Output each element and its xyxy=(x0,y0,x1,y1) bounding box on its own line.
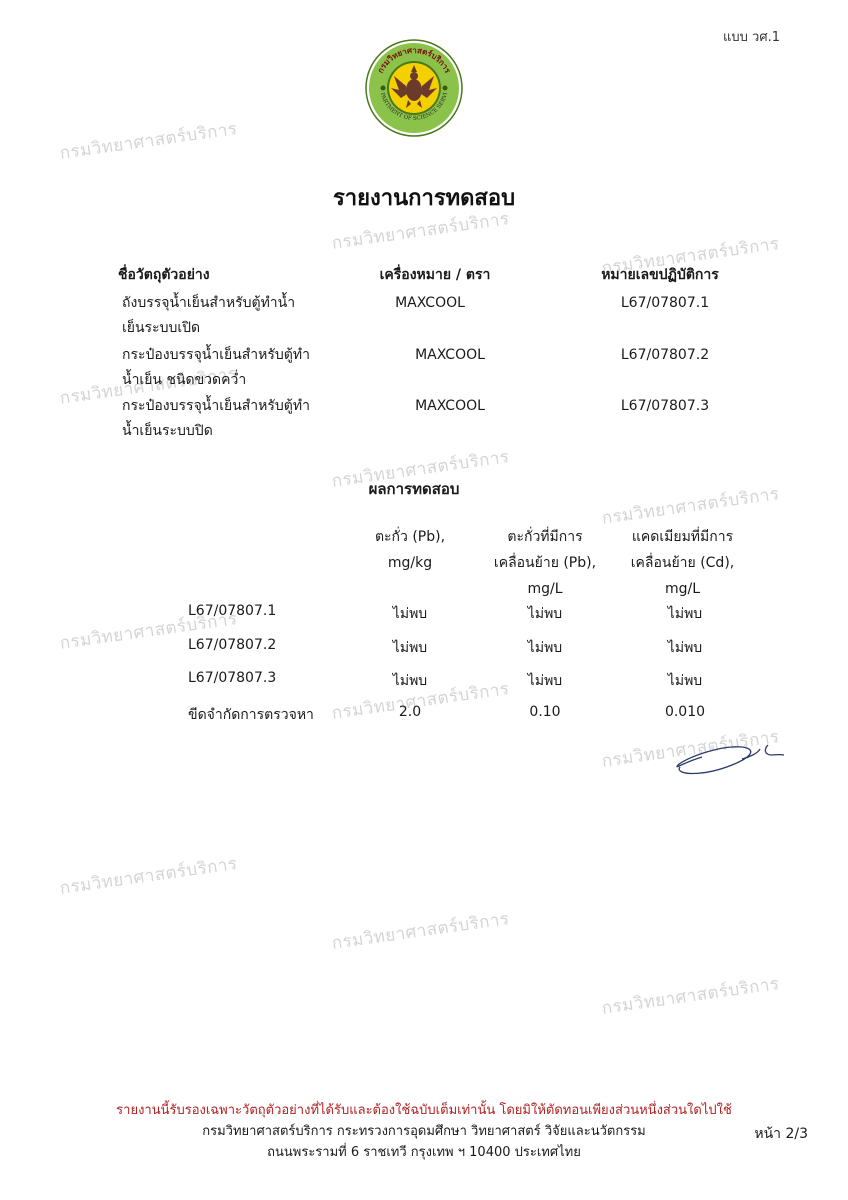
col-header-line: mg/L xyxy=(610,576,755,602)
col-header-lab-no: หมายเลขปฏิบัติการ xyxy=(570,264,750,286)
sample-lab-no: L67/07807.1 xyxy=(580,295,750,311)
results-cell: ไม่พบ xyxy=(485,637,605,659)
sample-name-line: น้ำเย็นระบบปิด xyxy=(122,419,362,444)
results-col-header-cd-migration: แคดเมียมที่มีการ เคลื่อนย้าย (Cd), mg/L xyxy=(610,524,755,602)
results-cell: ไม่พบ xyxy=(350,603,470,625)
organization-line: กรมวิทยาศาสตร์บริการ กระทรวงการอุดมศึกษา… xyxy=(0,1120,848,1141)
disclaimer-text: รายงานนี้รับรองเฉพาะวัตถุตัวอย่างที่ได้ร… xyxy=(0,1099,848,1120)
address-line: ถนนพระรามที่ 6 ราชเทวี กรุงเทพ ฯ 10400 ป… xyxy=(0,1141,848,1162)
results-cell: ไม่พบ xyxy=(485,670,605,692)
results-cell: ไม่พบ xyxy=(615,637,755,659)
col-header-line: mg/kg xyxy=(350,550,470,576)
results-cell: 0.10 xyxy=(485,704,605,720)
col-header-line: เคลื่อนย้าย (Cd), xyxy=(610,550,755,576)
sample-name-line: เย็นระบบเปิด xyxy=(122,316,362,341)
col-header-line: เคลื่อนย้าย (Pb), xyxy=(475,550,615,576)
sample-name-line: น้ำเย็น ชนิดขวดคว่ำ xyxy=(122,368,362,393)
page-number: หน้า 2/3 xyxy=(754,1123,808,1145)
results-row-label: L67/07807.1 xyxy=(188,603,276,619)
watermark: กรมวิทยาศาสตร์บริการ xyxy=(58,850,239,902)
results-row-label: L67/07807.3 xyxy=(188,670,276,686)
sample-name-line: กระป๋องบรรจุน้ำเย็นสำหรับตู้ทำ xyxy=(122,343,362,368)
watermark: กรมวิทยาศาสตร์บริการ xyxy=(58,115,239,167)
results-cell: ไม่พบ xyxy=(350,670,470,692)
sample-brand: MAXCOOL xyxy=(360,347,540,363)
watermark: กรมวิทยาศาสตร์บริการ xyxy=(330,905,511,957)
results-row-label: L67/07807.2 xyxy=(188,637,276,653)
results-cell: 0.010 xyxy=(615,704,755,720)
results-cell: 2.0 xyxy=(350,704,470,720)
signature xyxy=(672,735,792,784)
sample-name-line: ถังบรรจุน้ำเย็นสำหรับตู้ทำน้ำ xyxy=(122,291,362,316)
results-cell: ไม่พบ xyxy=(350,637,470,659)
sample-brand: MAXCOOL xyxy=(340,295,520,311)
col-header-sample-name: ชื่อวัตถุตัวอย่าง xyxy=(118,264,210,286)
sample-name: กระป๋องบรรจุน้ำเย็นสำหรับตู้ทำ น้ำเย็นระ… xyxy=(122,394,362,444)
results-col-header-pb: ตะกั่ว (Pb), mg/kg xyxy=(350,524,470,576)
form-code: แบบ วศ.1 xyxy=(723,26,780,47)
col-header-line: ตะกั่ว (Pb), xyxy=(350,524,470,550)
results-cell: ไม่พบ xyxy=(485,603,605,625)
report-title: รายงานการทดสอบ xyxy=(0,180,848,215)
sample-lab-no: L67/07807.2 xyxy=(580,347,750,363)
col-header-brand: เครื่องหมาย / ตรา xyxy=(340,264,530,286)
col-header-line: แคดเมียมที่มีการ xyxy=(610,524,755,550)
results-cell: ไม่พบ xyxy=(615,603,755,625)
sample-lab-no: L67/07807.3 xyxy=(580,398,750,414)
watermark: กรมวิทยาศาสตร์บริการ xyxy=(600,970,781,1022)
col-header-line: ตะกั่วที่มีการ xyxy=(475,524,615,550)
results-row-label: ขีดจำกัดการตรวจหา xyxy=(188,704,314,726)
department-logo: กรมวิทยาศาสตร์บริการ DEPARTMENT OF SCIEN… xyxy=(361,38,467,138)
results-cell: ไม่พบ xyxy=(615,670,755,692)
results-title: ผลการทดสอบ xyxy=(0,477,848,501)
sample-name: ถังบรรจุน้ำเย็นสำหรับตู้ทำน้ำ เย็นระบบเป… xyxy=(122,291,362,341)
sample-name: กระป๋องบรรจุน้ำเย็นสำหรับตู้ทำ น้ำเย็น ช… xyxy=(122,343,362,393)
results-col-header-pb-migration: ตะกั่วที่มีการ เคลื่อนย้าย (Pb), mg/L xyxy=(475,524,615,602)
col-header-line: mg/L xyxy=(475,576,615,602)
results-title-text: ผลการทดสอบ xyxy=(369,480,460,498)
sample-brand: MAXCOOL xyxy=(360,398,540,414)
sample-name-line: กระป๋องบรรจุน้ำเย็นสำหรับตู้ทำ xyxy=(122,394,362,419)
